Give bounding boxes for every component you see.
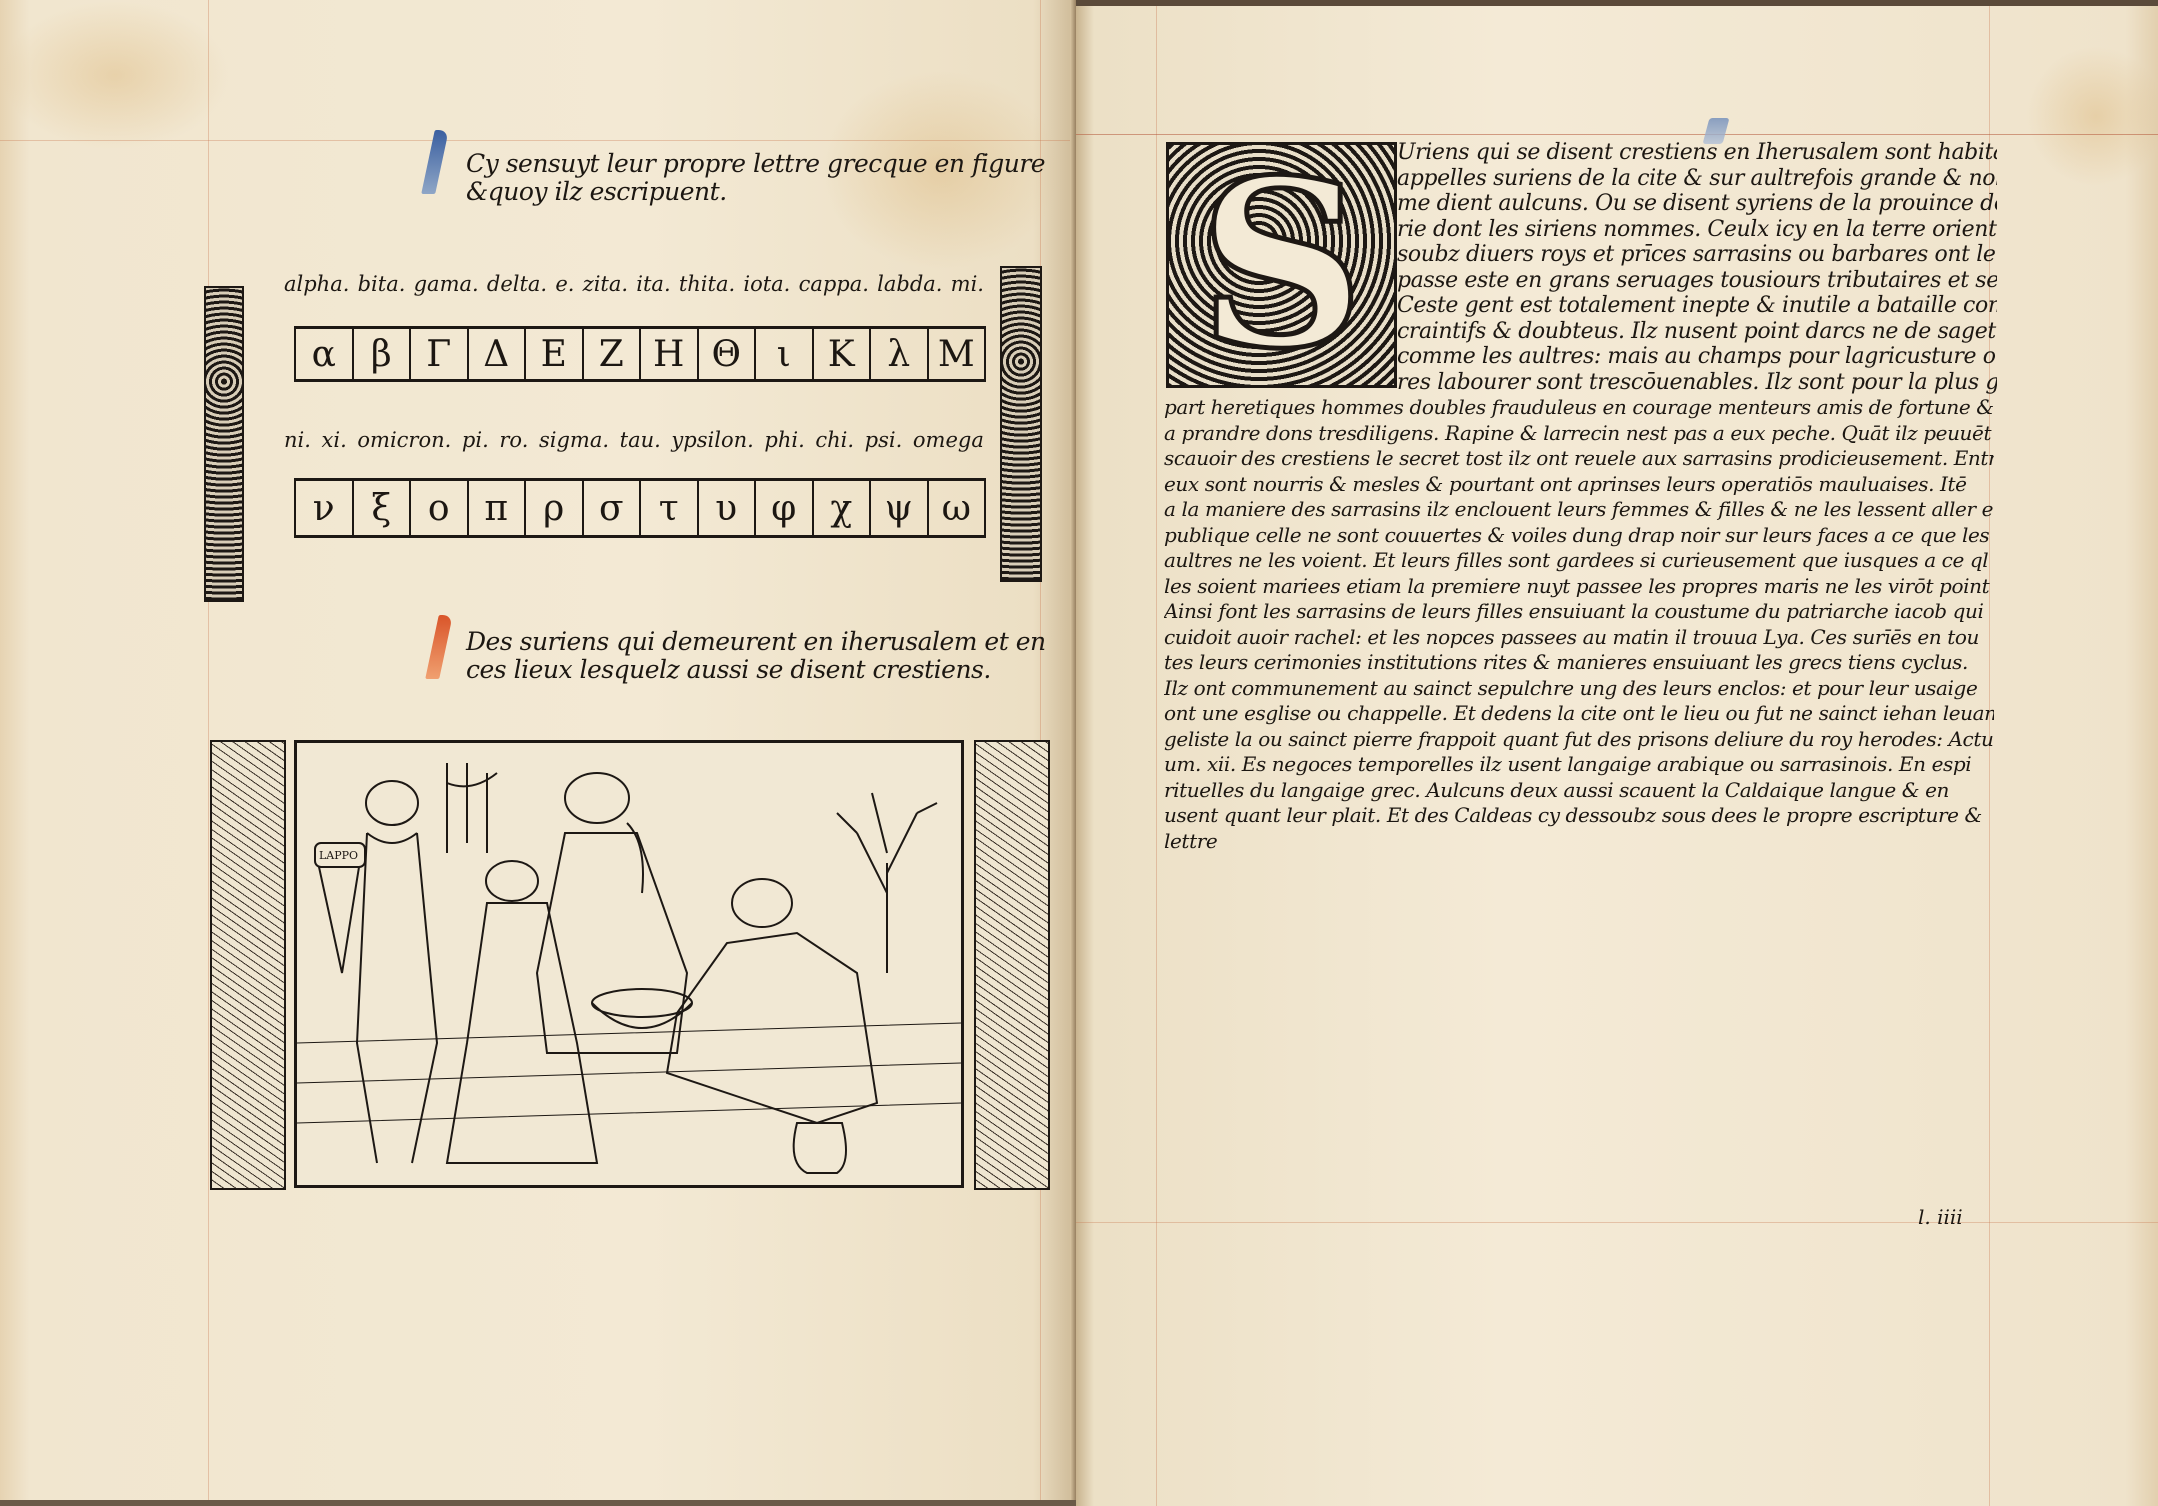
text-line: usent quant leur plait. Et des Caldeas c… xyxy=(1164,803,1994,829)
greek-glyph: Η xyxy=(639,329,697,379)
text-line: a la maniere des sarrasins ilz enclouent… xyxy=(1164,497,1994,523)
ruling-line xyxy=(1076,1222,2158,1223)
woodcut-illustration: LAPPO xyxy=(210,740,1046,1186)
greek-glyph: Ε xyxy=(524,329,582,379)
text-line: res labourer sont trescōuenables. Ilz so… xyxy=(1397,370,1997,396)
heading-line: Des suriens qui demeurent en iherusalem … xyxy=(466,628,1046,656)
greek-letters-heading: Cy sensuyt leur propre lettre grecque en… xyxy=(466,150,1045,206)
letter-name: alpha. xyxy=(284,272,349,296)
letter-name: sigma. xyxy=(539,428,609,452)
greek-glyph: λ xyxy=(869,329,927,379)
greek-glyphs-row-2: ν ξ ο π ρ σ τ υ φ χ ψ ω xyxy=(294,478,986,538)
ruling-line xyxy=(1156,6,1157,1500)
text-line: les soient mariees etiam la premiere nuy… xyxy=(1164,574,1994,600)
decorated-initial-letter: S xyxy=(1166,142,1397,388)
initial-letter-glyph: S xyxy=(1198,150,1364,380)
greek-glyph: χ xyxy=(812,481,870,535)
letter-name: zita. xyxy=(583,272,628,296)
letter-name: cappa. xyxy=(799,272,869,296)
greek-glyph: Ζ xyxy=(582,329,640,379)
text-line: soubz diuers roys et prīces sarrasins ou… xyxy=(1397,242,1997,268)
letter-name: pi. xyxy=(462,428,489,452)
foxing-stain xyxy=(0,0,230,150)
greek-glyph: ω xyxy=(927,481,987,535)
floral-border-right xyxy=(974,740,1050,1190)
letter-name: tau. xyxy=(620,428,661,452)
letter-name: bita. xyxy=(358,272,406,296)
greek-glyph: Κ xyxy=(812,329,870,379)
book-spread: Cy sensuyt leur propre lettre grecque en… xyxy=(0,0,2158,1500)
letter-name: labda. xyxy=(877,272,942,296)
text-line: eux sont nourris & mesles & pourtant ont… xyxy=(1164,472,1994,498)
text-line: me dient aulcuns. Ou se disent syriens d… xyxy=(1397,191,1997,217)
text-line: Ceste gent est totalement inepte & inuti… xyxy=(1397,293,1997,319)
text-line: comme les aultres: mais au champs pour l… xyxy=(1397,344,1997,370)
text-line: tes leurs cerimonies institutions rites … xyxy=(1164,650,1994,676)
greek-glyph: Γ xyxy=(409,329,467,379)
four-figures-drawing xyxy=(297,743,961,1185)
text-line: geliste la ou sainct pierre frappoit qua… xyxy=(1164,727,1994,753)
greek-glyphs-row-1: α β Γ Δ Ε Ζ Η Θ ι Κ λ Μ xyxy=(294,326,986,382)
text-line: Ainsi font les sarrasins de leurs filles… xyxy=(1164,599,1994,625)
text-line: publique celle ne sont couuertes & voile… xyxy=(1164,523,1994,549)
text-line: Uriens qui se disent crestiens en Iherus… xyxy=(1397,140,1997,166)
text-line: scauoir des crestiens le secret tost ilz… xyxy=(1164,446,1994,472)
greek-glyph: α xyxy=(294,329,352,379)
text-line: craintifs & doubteus. Ilz nusent point d… xyxy=(1397,319,1997,345)
ornamental-border-right xyxy=(1000,266,1042,582)
letter-name: thita. xyxy=(679,272,735,296)
text-line: rie dont les siriens nommes. Ceulx icy e… xyxy=(1397,217,1997,243)
greek-glyph: φ xyxy=(754,481,812,535)
letter-name: ni. xyxy=(284,428,311,452)
greek-glyph: τ xyxy=(639,481,697,535)
body-text-indented: Uriens qui se disent crestiens en Iherus… xyxy=(1397,140,1997,395)
text-line: passe este en grans seruages tousiours t… xyxy=(1397,268,1997,294)
text-line: aultres ne les voient. Et leurs filles s… xyxy=(1164,548,1994,574)
foxing-stain xyxy=(2026,46,2158,186)
body-text-full: part heretiques hommes doubles frauduleu… xyxy=(1164,395,1994,854)
greek-glyph: σ xyxy=(582,481,640,535)
greek-glyph: Μ xyxy=(927,329,987,379)
text-line: Ilz ont communement au sainct sepulchre … xyxy=(1164,676,1994,702)
heading-line: &quoy ilz escripuent. xyxy=(466,178,1045,206)
letter-name: e. xyxy=(555,272,574,296)
text-line: cuidoit auoir rachel: et les nopces pass… xyxy=(1164,625,1994,651)
text-line: part heretiques hommes doubles frauduleu… xyxy=(1164,395,1994,421)
letter-name: psi. xyxy=(865,428,903,452)
letter-name: delta. xyxy=(487,272,547,296)
letter-name: phi. xyxy=(764,428,804,452)
greek-glyph: ο xyxy=(409,481,467,535)
heading-line: Cy sensuyt leur propre lettre grecque en… xyxy=(466,150,1045,178)
text-line: um. xii. Es negoces temporelles ilz usen… xyxy=(1164,752,1994,778)
letter-name: mi. xyxy=(951,272,984,296)
greek-glyph: ξ xyxy=(352,481,410,535)
heading-line: ces lieux lesquelz aussi se disent crest… xyxy=(466,656,1046,684)
ruling-line xyxy=(0,140,1076,141)
greek-glyph: π xyxy=(467,481,525,535)
greek-glyph: Δ xyxy=(467,329,525,379)
ruling-line xyxy=(208,0,209,1500)
syrians-heading: Des suriens qui demeurent en iherusalem … xyxy=(466,628,1046,684)
text-line: ont une esglise ou chappelle. Et dedens … xyxy=(1164,701,1994,727)
basket-label: LAPPO xyxy=(319,849,358,862)
letter-name: ypsilon. xyxy=(671,428,753,452)
red-rubric-mark xyxy=(425,615,453,679)
greek-glyph: ν xyxy=(294,481,352,535)
woodcut-scene: LAPPO xyxy=(294,740,964,1188)
letter-name: iota. xyxy=(743,272,790,296)
greek-alphabet-table: alpha. bita. gama. delta. e. zita. ita. … xyxy=(204,266,1046,602)
greek-glyph: ψ xyxy=(869,481,927,535)
ornamental-border-left xyxy=(204,286,244,602)
text-line: rituelles du langaige grec. Aulcuns deux… xyxy=(1164,778,1994,804)
left-page: Cy sensuyt leur propre lettre grecque en… xyxy=(0,0,1076,1500)
greek-glyph: υ xyxy=(697,481,755,535)
greek-glyph: ι xyxy=(754,329,812,379)
letter-name: omicron. xyxy=(357,428,451,452)
letter-name: chi. xyxy=(815,428,854,452)
signature-mark: l. iiii xyxy=(1918,1205,1963,1229)
text-line: appelles suriens de la cite & sur aultre… xyxy=(1397,166,1997,192)
text-line: lettre xyxy=(1164,829,1994,855)
greek-glyph: β xyxy=(352,329,410,379)
greek-glyph: Θ xyxy=(697,329,755,379)
text-line: a prandre dons tresdiligens. Rapine & la… xyxy=(1164,421,1994,447)
letter-name: xi. xyxy=(322,428,347,452)
greek-glyph: ρ xyxy=(524,481,582,535)
letter-name: ro. xyxy=(499,428,528,452)
floral-border-left xyxy=(210,740,286,1190)
letter-name: gama. xyxy=(414,272,479,296)
letter-names-row-2: ni. xi. omicron. pi. ro. sigma. tau. yps… xyxy=(284,428,984,452)
letter-names-row-1: alpha. bita. gama. delta. e. zita. ita. … xyxy=(284,272,984,296)
letter-name: omega xyxy=(913,428,984,452)
letter-name: ita. xyxy=(636,272,670,296)
